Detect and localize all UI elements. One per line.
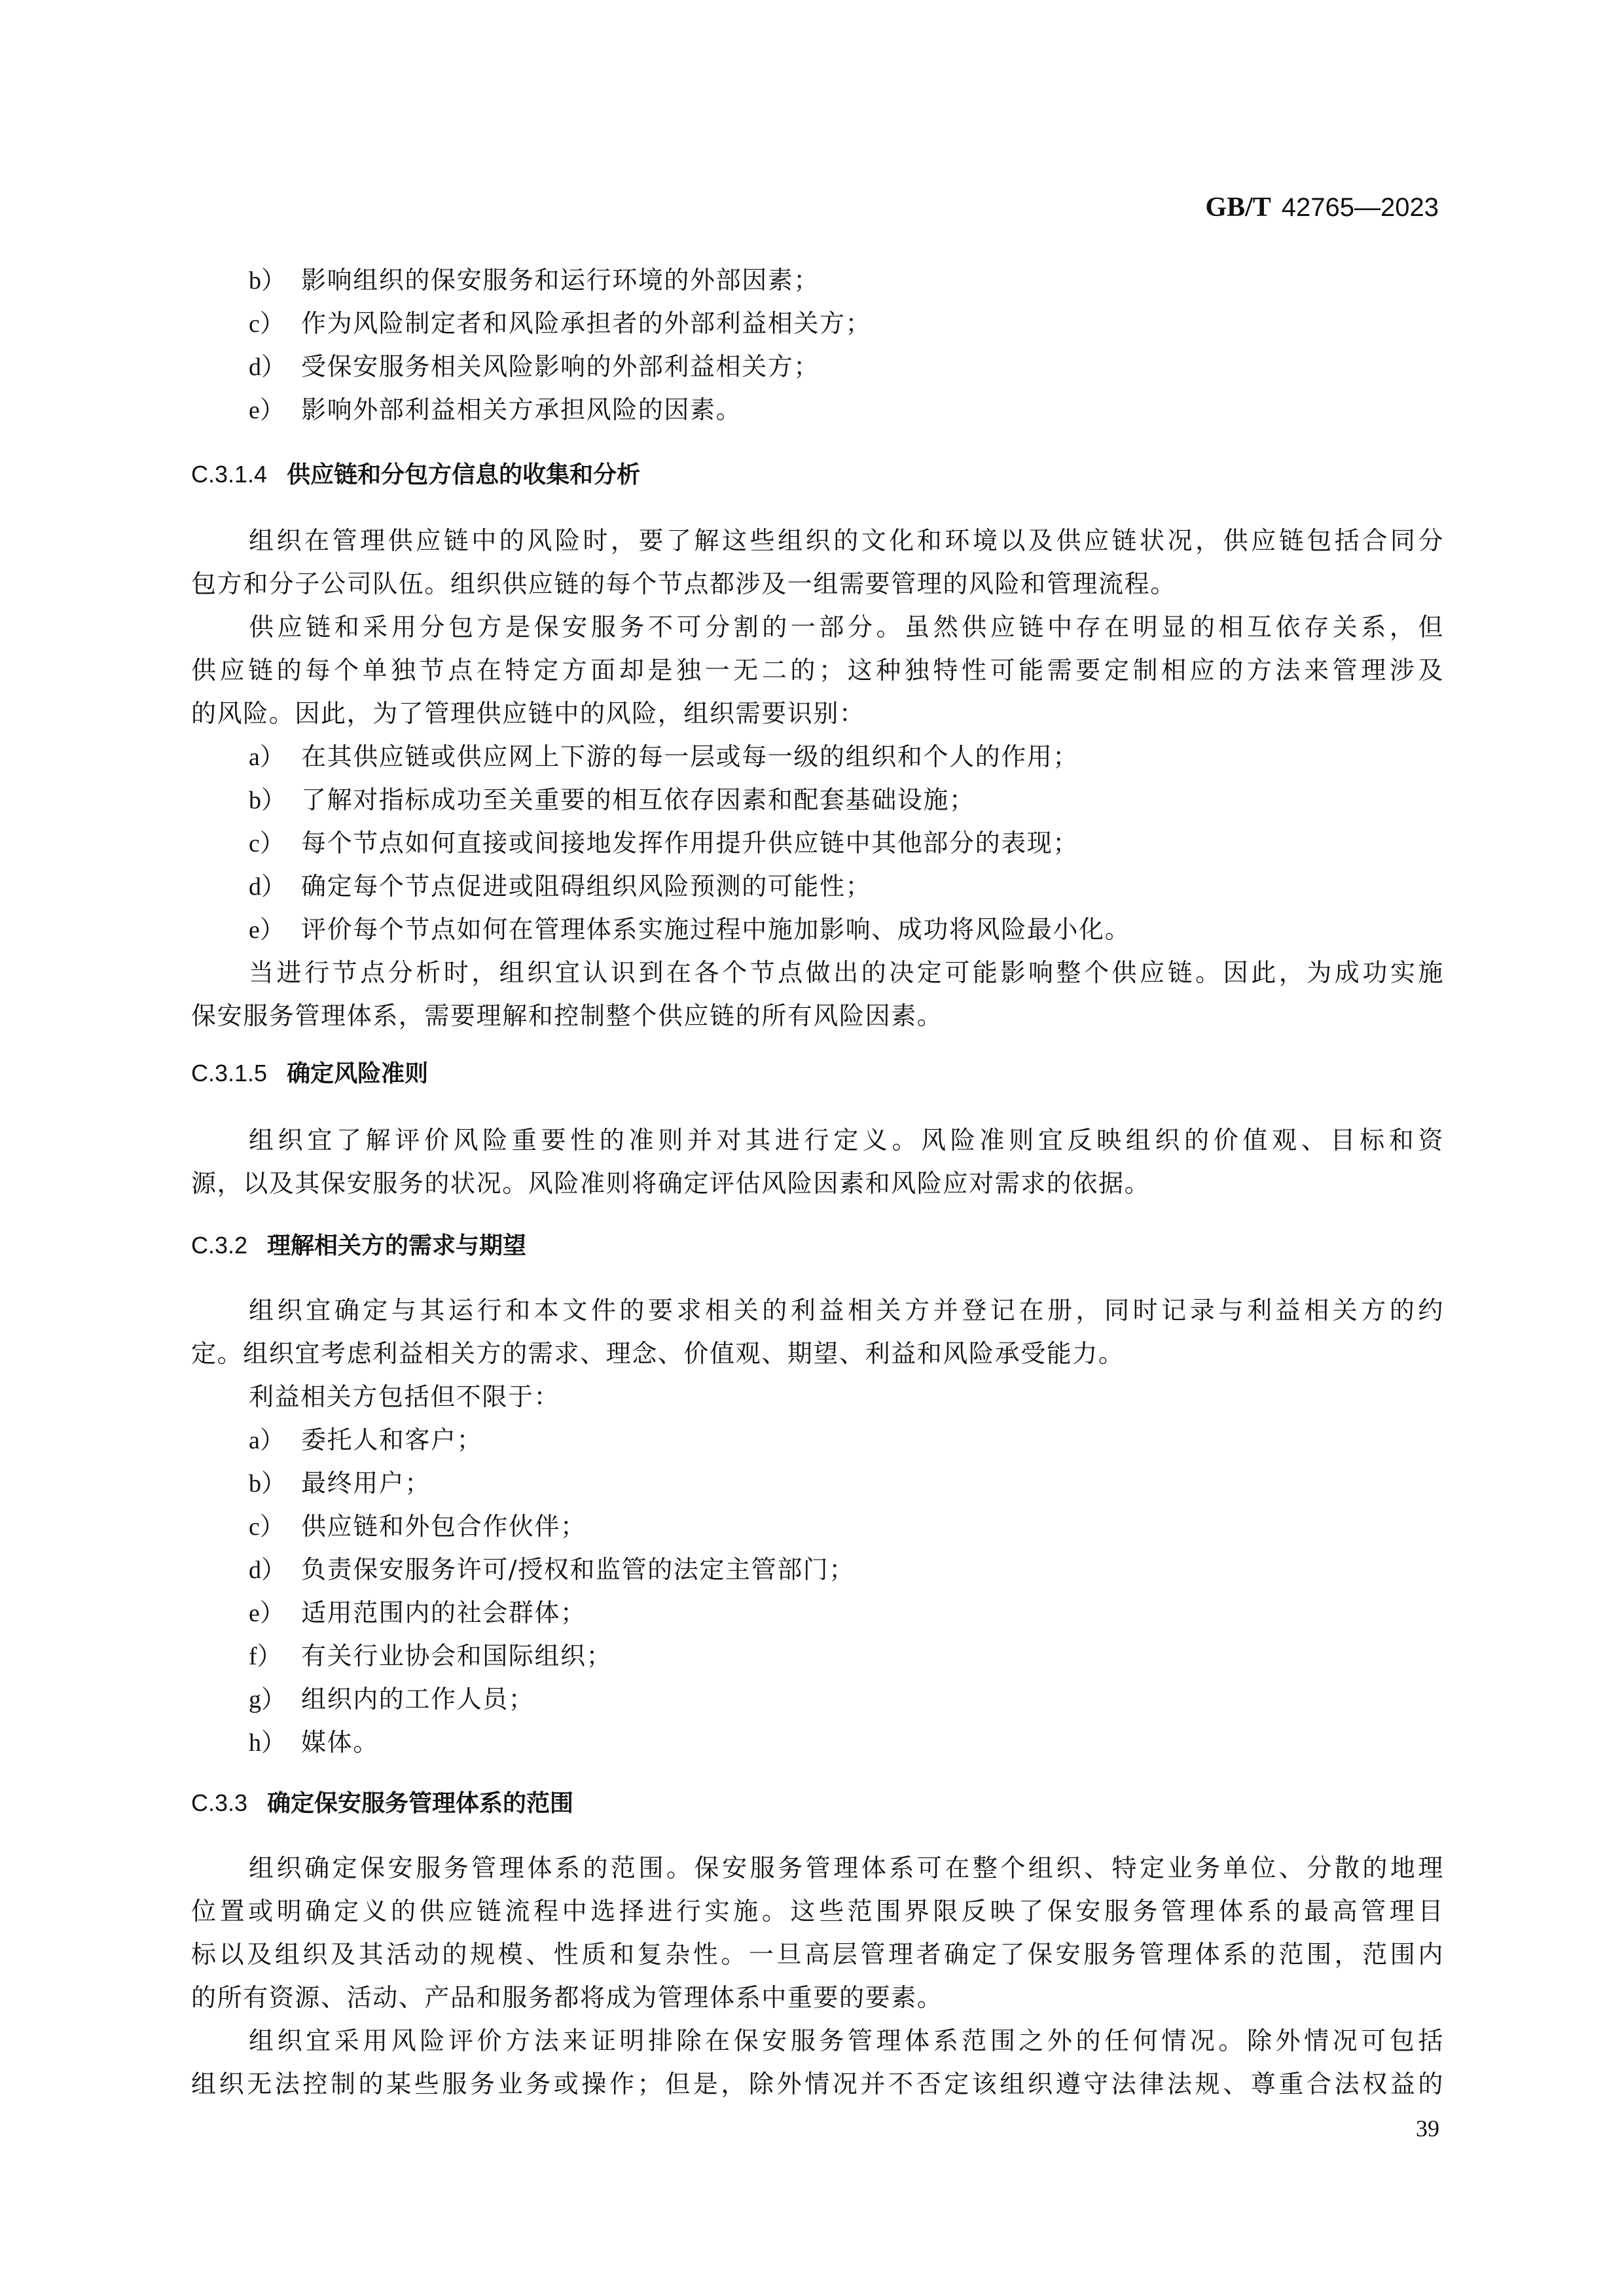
paragraph-line: 利益相关方包括但不限于：: [249, 1381, 1502, 1412]
section-heading-c3-2: C.3.2理解相关方的需求与期望: [191, 1230, 526, 1261]
list-item: e）影响外部利益相关方承担风险的因素。: [249, 394, 1502, 426]
paragraph-line: 组织宜采用风险评价方法来证明排除在保安服务管理体系范围之外的任何情况。除外情况可…: [249, 2025, 1444, 2056]
paragraph-line: 的风险。因此，为了管理供应链中的风险，组织需要识别：: [191, 698, 1444, 729]
list-marker: a）: [249, 742, 301, 773]
page-number: 39: [1416, 2114, 1439, 2143]
list-item: a）在其供应链或供应网上下游的每一层或每一级的组织和个人的作用；: [249, 741, 1502, 773]
section-number: C.3.1.5: [191, 1058, 267, 1088]
list-item-text: 确定每个节点促进或阻碍组织风险预测的可能性；: [301, 872, 871, 901]
paragraph-line: 组织无法控制的某些服务业务或操作；但是，除外情况并不否定该组织遵守法律法规、尊重…: [191, 2068, 1444, 2100]
paragraph-line: 源，以及其保安服务的状况。风险准则将确定评估风险因素和风险应对需求的依据。: [191, 1168, 1444, 1199]
standard-code-header: GB/T42765—2023: [1205, 191, 1439, 224]
section-heading-c3-1-4: C.3.1.4供应链和分包方信息的收集和分析: [191, 459, 640, 490]
paragraph-line: 定。组织宜考虑利益相关方的需求、理念、价值观、期望、利益和风险承受能力。: [191, 1338, 1444, 1369]
list-item: h）媒体。: [249, 1727, 1502, 1759]
list-item: d）负责保安服务许可/授权和监管的法定主管部门；: [249, 1554, 1502, 1586]
list-item: e）评价每个节点如何在管理体系实施过程中施加影响、成功将风险最小化。: [249, 914, 1502, 946]
list-item-text: 供应链和外包合作伙伴；: [301, 1512, 586, 1541]
list-marker: e）: [249, 395, 301, 426]
list-marker: d）: [249, 351, 301, 383]
section-number: C.3.3: [191, 1788, 247, 1818]
paragraph-line: 包方和分子公司队伍。组织供应链的每个节点都涉及一组需要管理的风险和管理流程。: [191, 568, 1444, 600]
list-item-text: 委托人和客户；: [301, 1426, 482, 1454]
list-marker: c）: [249, 1511, 301, 1543]
list-item-text: 适用范围内的社会群体；: [301, 1598, 586, 1627]
list-item-text: 最终用户；: [301, 1469, 431, 1498]
list-item-text: 受保安服务相关风险影响的外部利益相关方；: [301, 352, 820, 381]
list-item: e）适用范围内的社会群体；: [249, 1597, 1502, 1629]
list-marker: b）: [249, 785, 301, 816]
list-item: c）供应链和外包合作伙伴；: [249, 1511, 1502, 1543]
paragraph-line: 组织宜了解评价风险重要性的准则并对其进行定义。风险准则宜反映组织的价值观、目标和…: [249, 1124, 1444, 1156]
list-item-text: 评价每个节点如何在管理体系实施过程中施加影响、成功将风险最小化。: [301, 915, 1130, 944]
list-item-text: 每个节点如何直接或间接地发挥作用提升供应链中其他部分的表现；: [301, 829, 1079, 857]
list-item-text: 有关行业协会和国际组织；: [301, 1641, 612, 1670]
paragraph-line: 组织宜确定与其运行和本文件的要求相关的利益相关方并登记在册，同时记录与利益相关方…: [249, 1295, 1444, 1326]
list-marker: d）: [249, 1554, 301, 1586]
section-title: 确定风险准则: [287, 1060, 428, 1087]
list-item-text: 了解对指标成功至关重要的相互依存因素和配套基础设施；: [301, 785, 975, 814]
section-title: 供应链和分包方信息的收集和分析: [287, 461, 640, 488]
paragraph-line: 供应链的每个单独节点在特定方面却是独一无二的；这种独特性可能需要定制相应的方法来…: [191, 655, 1444, 686]
list-item: g）组织内的工作人员；: [249, 1683, 1502, 1715]
list-item-text: 影响组织的保安服务和运行环境的外部因素；: [301, 266, 820, 295]
section-number: C.3.1.4: [191, 459, 267, 490]
list-item: c）每个节点如何直接或间接地发挥作用提升供应链中其他部分的表现；: [249, 827, 1502, 859]
list-marker: e）: [249, 1598, 301, 1629]
list-item: b）影响组织的保安服务和运行环境的外部因素；: [249, 264, 1502, 296]
list-item: f）有关行业协会和国际组织；: [249, 1640, 1502, 1672]
document-page: GB/T42765—2023 b）影响组织的保安服务和运行环境的外部因素； c）…: [0, 0, 1624, 2296]
paragraph-line: 位置或明确定义的供应链流程中选择进行实施。这些范围界限反映了保安服务管理体系的最…: [191, 1895, 1444, 1927]
list-marker: d）: [249, 871, 301, 903]
list-marker: c）: [249, 828, 301, 859]
paragraph-line: 的所有资源、活动、产品和服务都将成为管理体系中重要的要素。: [191, 1982, 1444, 2013]
list-marker: c）: [249, 308, 301, 340]
list-item-text: 影响外部利益相关方承担风险的因素。: [301, 395, 742, 424]
list-item: d）确定每个节点促进或阻碍组织风险预测的可能性；: [249, 870, 1502, 903]
paragraph-line: 标以及组织及其活动的规模、性质和复杂性。一旦高层管理者确定了保安服务管理体系的范…: [191, 1939, 1444, 1970]
list-item: b）了解对指标成功至关重要的相互依存因素和配套基础设施；: [249, 784, 1502, 816]
list-item-text: 媒体。: [301, 1728, 379, 1757]
list-marker: e）: [249, 914, 301, 946]
section-heading-c3-3: C.3.3确定保安服务管理体系的范围: [191, 1788, 573, 1819]
list-marker: f）: [249, 1641, 301, 1672]
list-item-text: 负责保安服务许可/授权和监管的法定主管部门；: [301, 1555, 855, 1584]
list-item: c）作为风险制定者和风险承担者的外部利益相关方；: [249, 308, 1502, 340]
section-title: 确定保安服务管理体系的范围: [267, 1790, 573, 1817]
paragraph-line: 保安服务管理体系，需要理解和控制整个供应链的所有风险因素。: [191, 1000, 1444, 1031]
list-item-text: 作为风险制定者和风险承担者的外部利益相关方；: [301, 309, 871, 338]
list-item-text: 在其供应链或供应网上下游的每一层或每一级的组织和个人的作用；: [301, 742, 1079, 771]
list-marker: g）: [249, 1684, 301, 1715]
paragraph-line: 组织在管理供应链中的风险时，要了解这些组织的文化和环境以及供应链状况，供应链包括…: [249, 525, 1444, 556]
paragraph-line: 供应链和采用分包方是保安服务不可分割的一部分。虽然供应链中存在明显的相互依存关系…: [249, 611, 1444, 643]
list-item: b）最终用户；: [249, 1467, 1502, 1499]
standard-number: 42765—2023: [1282, 193, 1439, 222]
section-number: C.3.2: [191, 1230, 247, 1261]
paragraph-line: 当进行节点分析时，组织宜认识到在各个节点做出的决定可能影响整个供应链。因此，为成…: [249, 957, 1444, 988]
paragraph-line: 组织确定保安服务管理体系的范围。保安服务管理体系可在整个组织、特定业务单位、分散…: [249, 1852, 1444, 1884]
list-item-text: 组织内的工作人员；: [301, 1685, 534, 1713]
standard-prefix: GB/T: [1205, 192, 1271, 223]
list-item: d）受保安服务相关风险影响的外部利益相关方；: [249, 351, 1502, 383]
list-marker: b）: [249, 265, 301, 296]
section-heading-c3-1-5: C.3.1.5确定风险准则: [191, 1058, 428, 1089]
list-marker: a）: [249, 1425, 301, 1456]
list-marker: b）: [249, 1468, 301, 1499]
list-item: a）委托人和客户；: [249, 1424, 1502, 1456]
section-title: 理解相关方的需求与期望: [267, 1232, 526, 1259]
list-marker: h）: [249, 1727, 301, 1759]
